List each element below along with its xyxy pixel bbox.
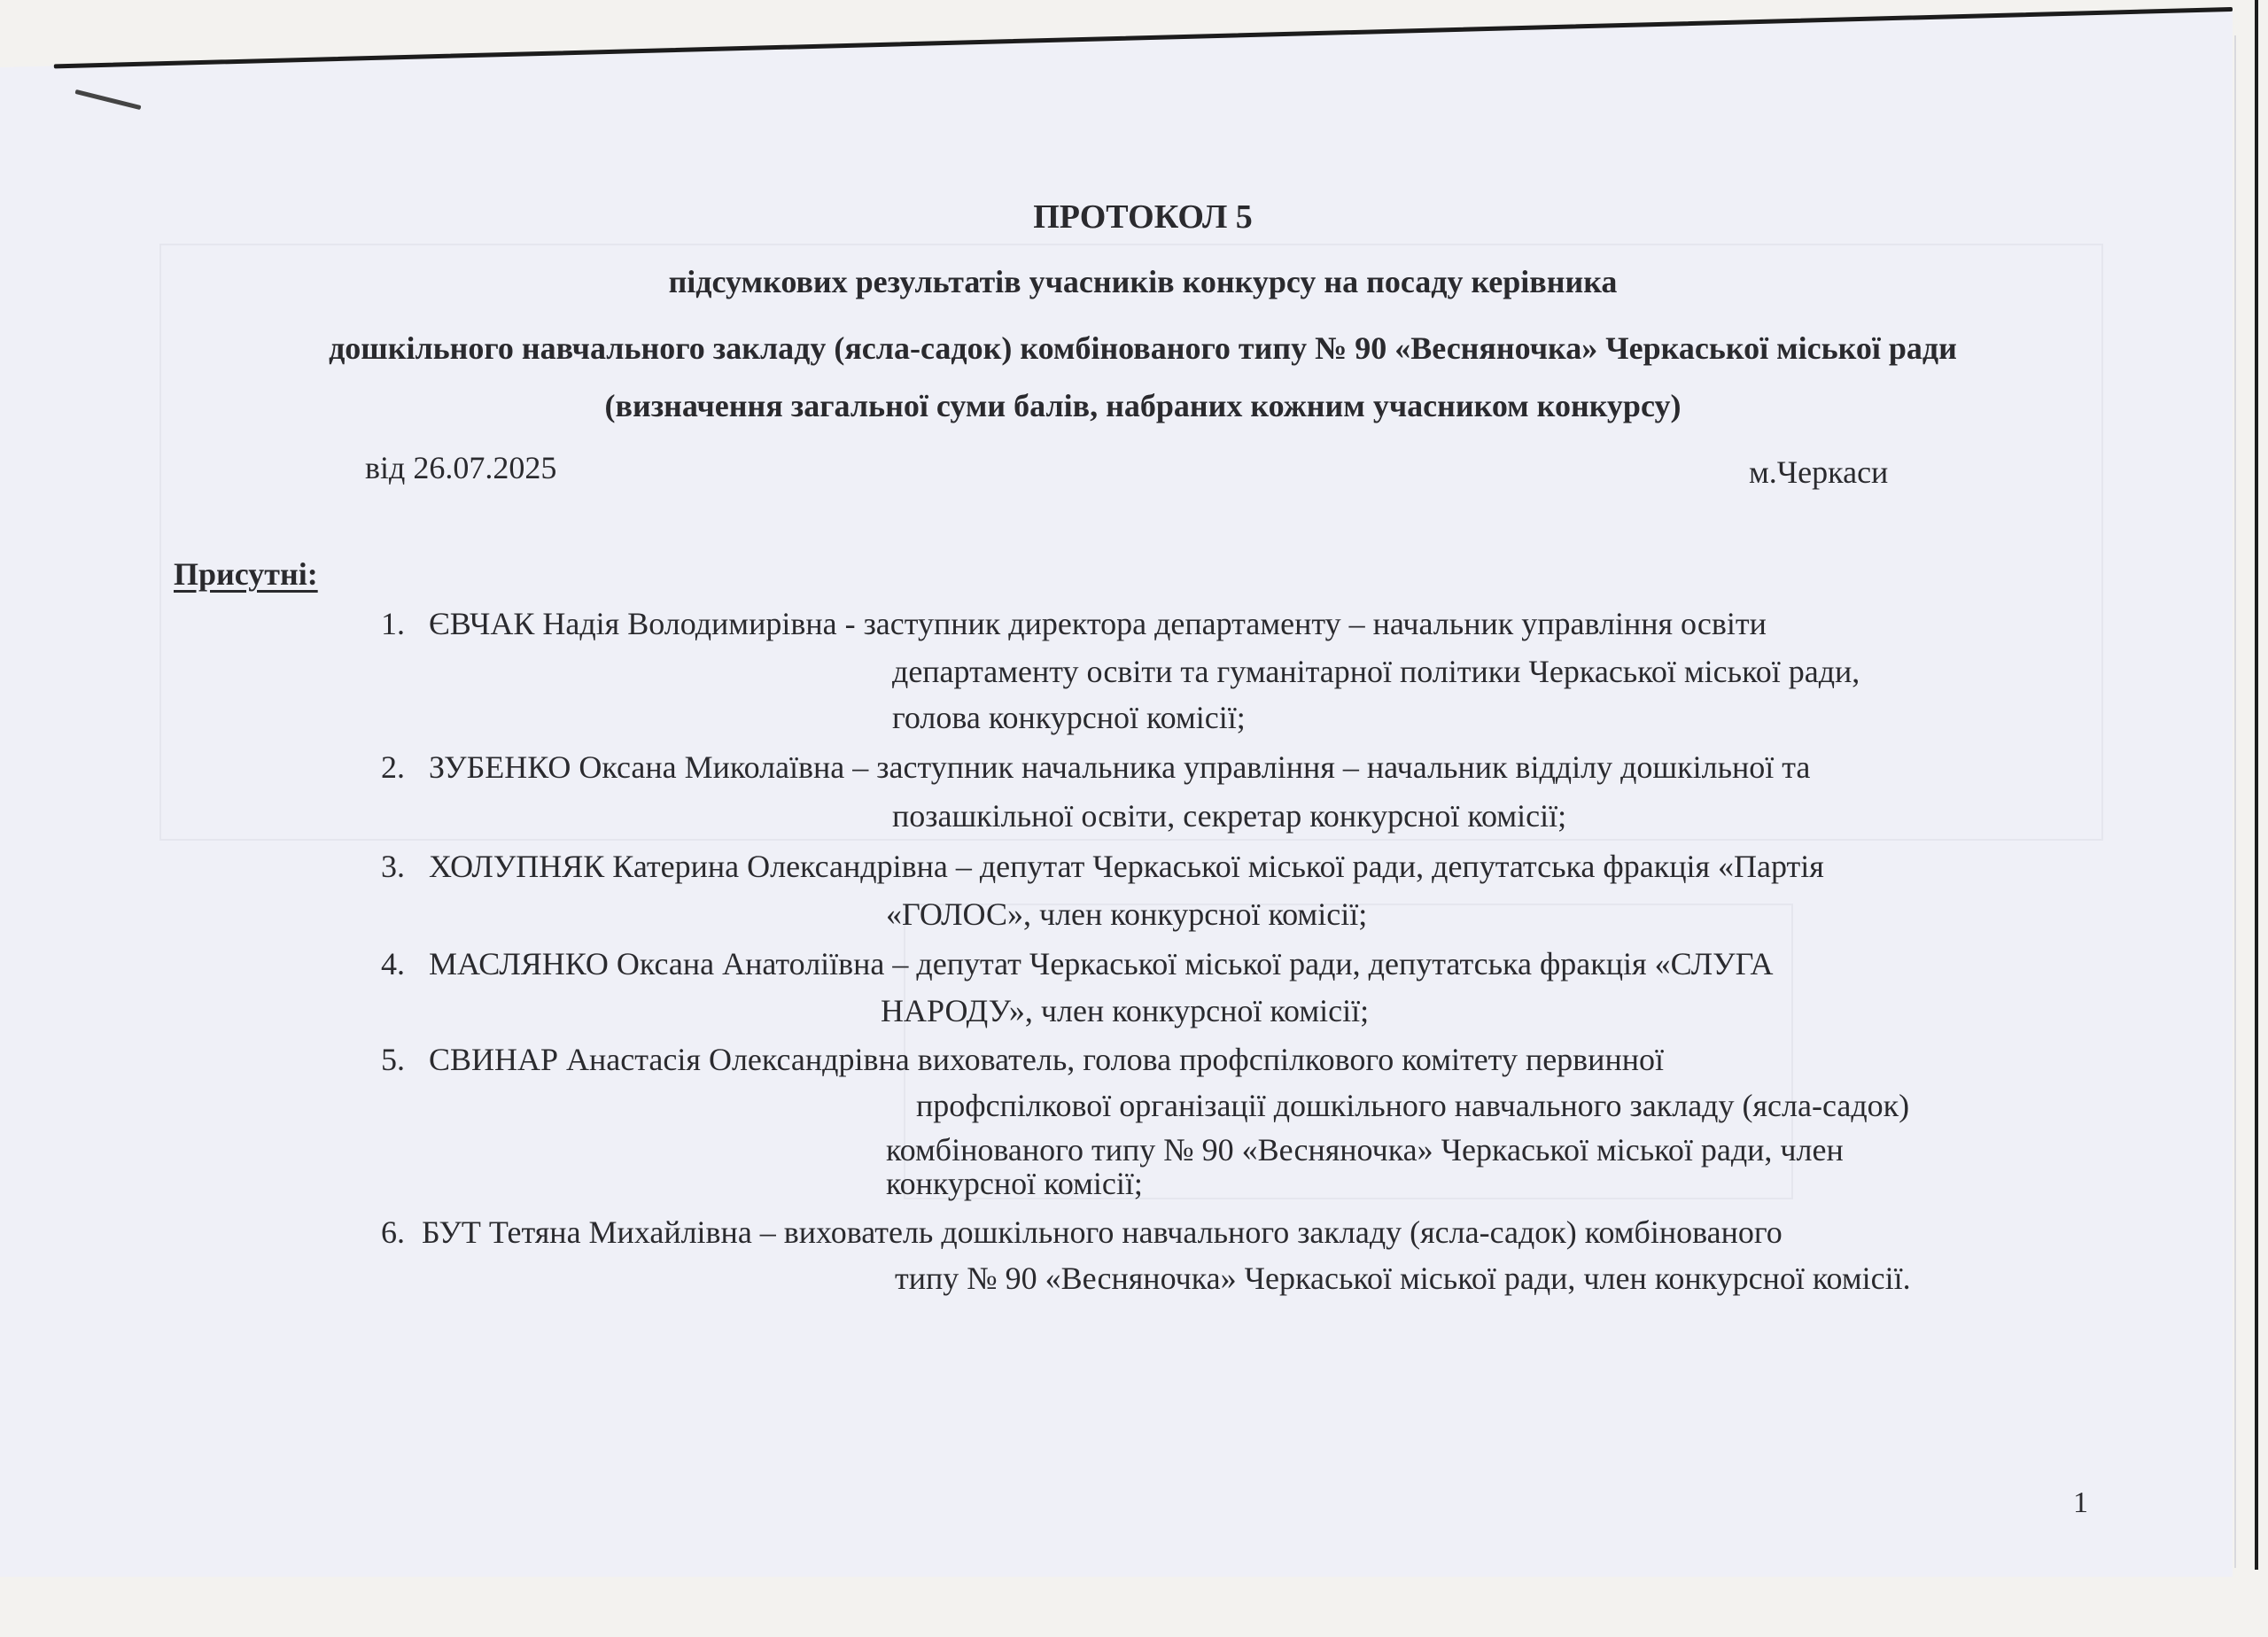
- member-4-number: 4.: [381, 948, 405, 980]
- page-number: 1: [2073, 1488, 2088, 1518]
- member-6-number: 6.: [381, 1216, 405, 1248]
- member-2-line-1: ЗУБЕНКО Оксана Миколаївна – заступник на…: [429, 751, 1810, 783]
- member-1-line-1: ЄВЧАК Надія Володимирівна - заступник ди…: [429, 608, 1767, 640]
- member-6-line-1: БУТ Тетяна Михайлівна – вихователь дошкі…: [422, 1216, 1783, 1248]
- member-5-line-2: профспілкової організації дошкільного на…: [916, 1090, 1909, 1121]
- member-3-line-2: «ГОЛОС», член конкурсної комісії;: [886, 898, 1367, 930]
- document-title: ПРОТОКОЛ 5: [0, 200, 2268, 234]
- protocol-date: від 26.07.2025: [365, 452, 556, 484]
- member-1-line-2: департаменту освіти та гуманітарної полі…: [892, 656, 1860, 687]
- member-3-number: 3.: [381, 850, 405, 882]
- member-5-line-3: комбінованого типу № 90 «Весняночка» Чер…: [886, 1134, 1844, 1166]
- protocol-city: м.Черкаси: [1749, 456, 1888, 488]
- member-3-line-1: ХОЛУПНЯК Катерина Олександрівна – депута…: [429, 850, 1824, 882]
- member-5-line-4: конкурсної комісії;: [886, 1168, 1143, 1199]
- member-2-number: 2.: [381, 751, 405, 783]
- member-5-line-1: СВИНАР Анастасія Олександрівна виховател…: [429, 1043, 1664, 1075]
- subtitle-line-1: підсумкових результатів учасників конкур…: [0, 266, 2268, 298]
- subtitle-line-2: дошкільного навчального закладу (ясла-са…: [0, 332, 2268, 364]
- page-right-edge: [2255, 0, 2258, 1570]
- present-label: Присутні:: [174, 558, 318, 590]
- member-4-line-1: МАСЛЯНКО Оксана Анатоліївна – депутат Че…: [429, 948, 1773, 980]
- member-1-number: 1.: [381, 608, 405, 640]
- subtitle-line-3: (визначення загальної суми балів, набран…: [0, 390, 2268, 422]
- member-6-line-2: типу № 90 «Весняночка» Черкаської місько…: [895, 1262, 1911, 1294]
- member-1-line-3: голова конкурсної комісії;: [892, 702, 1246, 733]
- member-5-number: 5.: [381, 1043, 405, 1075]
- member-4-line-2: НАРОДУ», член конкурсної комісії;: [881, 995, 1369, 1027]
- scanned-page: [0, 0, 2233, 1577]
- member-2-line-2: позашкільної освіти, секретар конкурсної…: [892, 800, 1566, 832]
